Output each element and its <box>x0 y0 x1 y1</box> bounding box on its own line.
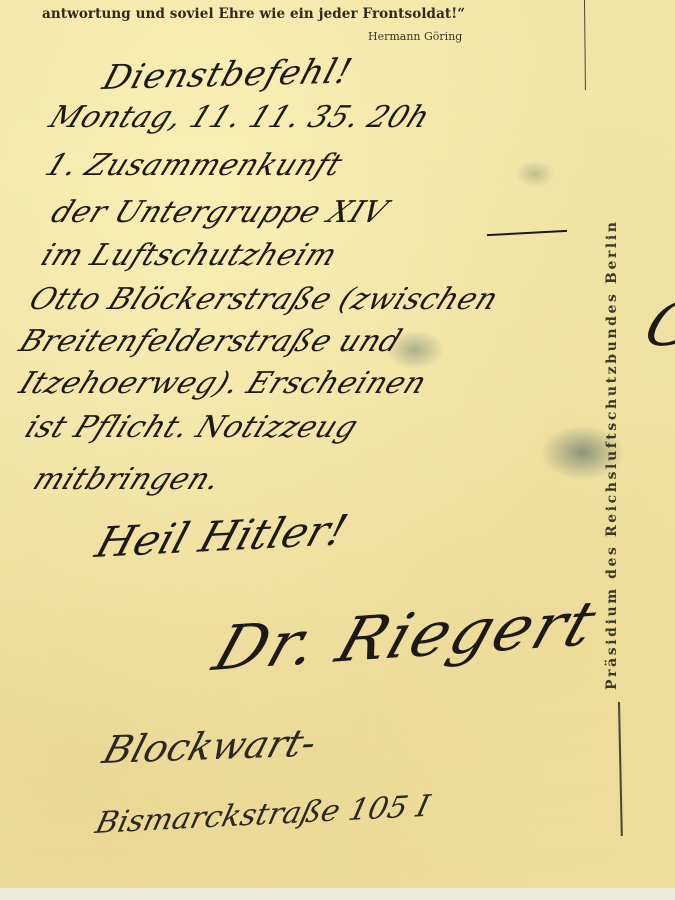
printed-quote: antwortung und soviel Ehre wie ein jeder… <box>42 6 465 22</box>
letterhead-vertical: Präsidium des Reichsluftschutzbundes Ber… <box>604 219 620 690</box>
ink-stain <box>515 160 555 188</box>
handwritten-line: Breitenfelderstraße und <box>14 324 407 359</box>
handwritten-title: Dienstbefehl! <box>98 52 357 98</box>
handwritten-line: 1. Zusammenkunft <box>40 148 348 183</box>
handwritten-line: Itzehoerweg). Erscheinen <box>14 366 432 401</box>
handwritten-line: im Luftschutzheim <box>36 238 342 273</box>
handwritten-line: Otto Blöckerstraße (zwischen <box>24 282 504 317</box>
printed-quote-author: Hermann Göring <box>368 30 462 43</box>
handwritten-line: mitbringen. <box>28 462 226 497</box>
handwritten-role: Blockwart- <box>98 721 322 772</box>
handwritten-line: der Untergruppe XIV <box>46 195 393 230</box>
handwritten-line: ist Pflicht. Notizzeug <box>20 410 363 445</box>
handwritten-line-date: Montag, 11. 11. 35. 20h <box>44 100 435 135</box>
scan-bottom-margin <box>0 888 675 900</box>
